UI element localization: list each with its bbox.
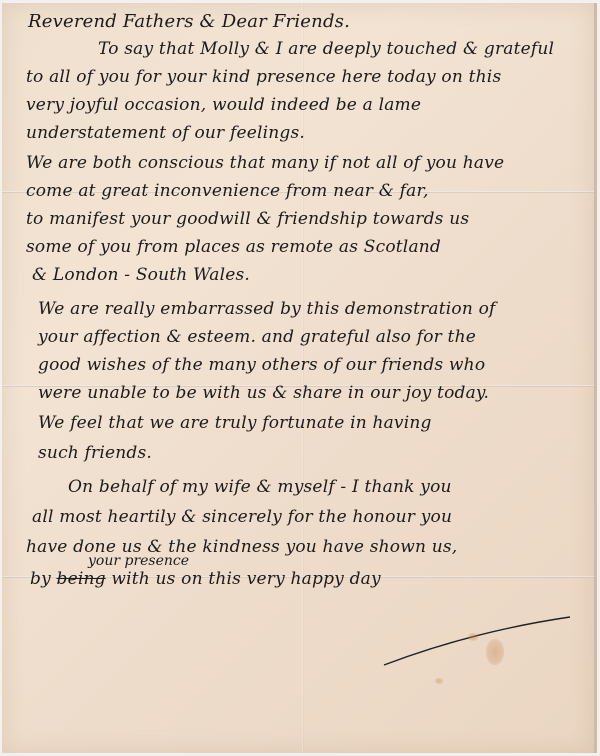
letter-line: good wishes of the many others of our fr… <box>38 355 485 375</box>
letter-line: to manifest your goodwill & friendship t… <box>26 209 469 229</box>
letter-line: all most heartily & sincerely for the ho… <box>32 507 452 527</box>
letter-line: were unable to be with us & share in our… <box>38 383 489 403</box>
stain <box>468 633 478 641</box>
letter-line: We are both conscious that many if not a… <box>26 153 504 173</box>
closing-text: with us on this very happy day <box>111 569 380 589</box>
letter-line: To say that Molly & I are deeply touched… <box>98 39 554 59</box>
letter-line: some of you from places as remote as Sco… <box>26 237 441 257</box>
closing-prefix: by <box>30 569 51 589</box>
fold-crease-vertical <box>302 3 304 753</box>
salutation: Reverend Fathers & Dear Friends. <box>28 11 350 32</box>
stain <box>435 678 443 684</box>
letter-line: understatement of our feelings. <box>26 123 305 143</box>
letter-closing-line: by being with us on this very happy day <box>30 569 381 589</box>
letter-line: to all of you for your kind presence her… <box>26 67 501 87</box>
letter-line: We are really embarrassed by this demons… <box>38 299 496 319</box>
letter-line: come at great inconvenience from near & … <box>26 181 429 201</box>
letter-line: such friends. <box>38 443 152 463</box>
letter-page: Reverend Fathers & Dear Friends. To say … <box>2 3 597 753</box>
signature-stroke <box>382 613 582 673</box>
letter-line: We feel that we are truly fortunate in h… <box>38 413 432 433</box>
stain <box>486 639 504 665</box>
letter-line: On behalf of my wife & myself - I thank … <box>68 477 452 497</box>
struck-word: being <box>57 569 106 589</box>
letter-line: & London - South Wales. <box>32 265 250 285</box>
inserted-correction: your presence <box>88 553 189 569</box>
letter-line: very joyful occasion, would indeed be a … <box>26 95 421 115</box>
letter-line: your affection & esteem. and grateful al… <box>38 327 476 347</box>
